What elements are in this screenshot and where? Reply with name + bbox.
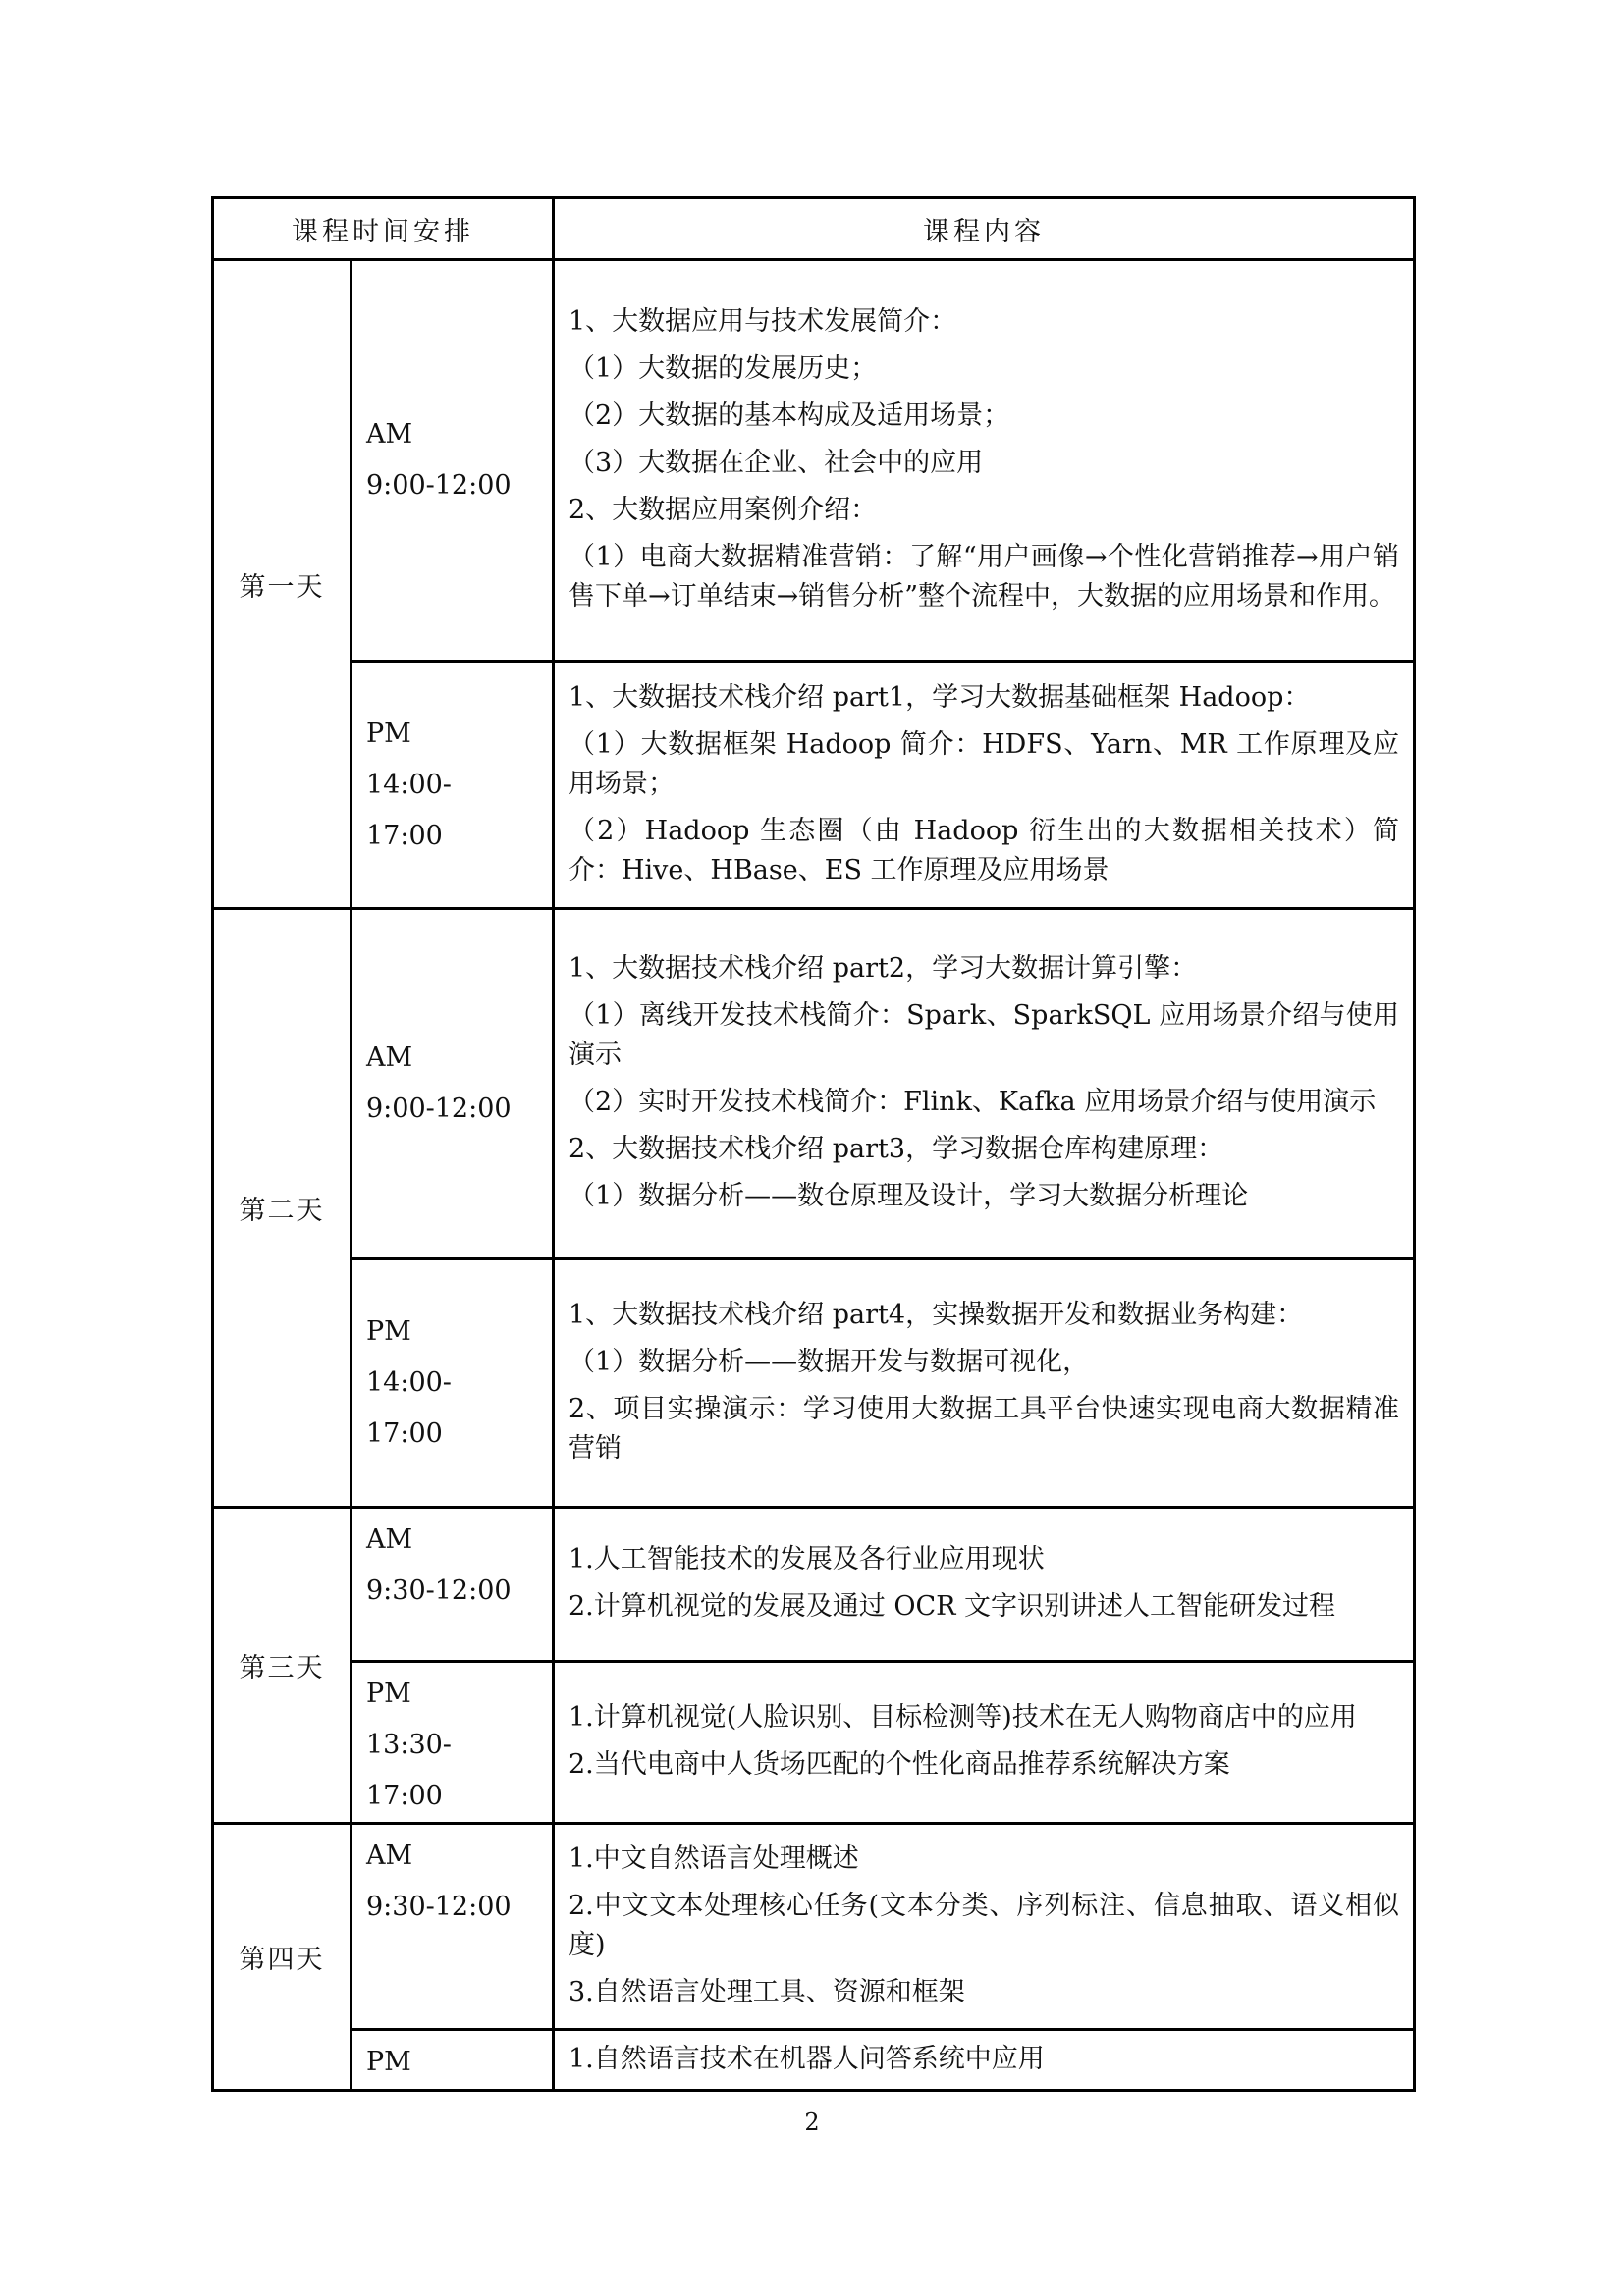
page-number: 2	[0, 2109, 1624, 2136]
session-time-range: 13:30-	[366, 1720, 552, 1771]
session-period: AM	[366, 1831, 552, 1882]
session-time-range: 17:00	[366, 811, 552, 862]
session-period: PM	[366, 709, 552, 760]
session-time: AM 9:00-12:00	[352, 909, 554, 1259]
content-item: （1）大数据的发展历史；	[568, 349, 1399, 389]
content-item: 1、大数据应用与技术发展简介：	[568, 302, 1399, 342]
content-item: （1）大数据框架 Hadoop 简介：HDFS、Yarn、MR 工作原理及应用场…	[568, 725, 1399, 804]
document-page: 课程时间安排 课程内容 第一天 AM 9:00-12:00 1、大数据应用与技术…	[0, 0, 1624, 2296]
content-item: 2.中文文本处理核心任务(文本分类、序列标注、信息抽取、语义相似度)	[568, 1887, 1399, 1965]
day-label: 第二天	[213, 909, 352, 1508]
content-item: 1.人工智能技术的发展及各行业应用现状	[568, 1540, 1399, 1579]
session-time-range: 9:30-12:00	[366, 1566, 552, 1617]
session-content: 1、大数据技术栈介绍 part4，实操数据开发和数据业务构建： （1）数据分析—…	[554, 1259, 1415, 1508]
session-time-range: 17:00	[366, 1771, 552, 1822]
content-item: （2）Hadoop 生态圈（由 Hadoop 衍生出的大数据相关技术）简介：Hi…	[568, 812, 1399, 890]
session-time: PM 14:00- 17:00	[352, 1259, 554, 1508]
table-row: PM 14:00- 17:00 1、大数据技术栈介绍 part4，实操数据开发和…	[213, 1259, 1415, 1508]
content-item: （1）离线开发技术栈简介：Spark、SparkSQL 应用场景介绍与使用演示	[568, 996, 1399, 1075]
content-item: （2）大数据的基本构成及适用场景；	[568, 397, 1399, 436]
session-period: AM	[366, 409, 552, 460]
header-schedule: 课程时间安排	[213, 198, 554, 260]
day-label: 第一天	[213, 260, 352, 909]
session-time: PM	[352, 2030, 554, 2091]
session-time-range: 14:00-	[366, 1358, 552, 1409]
content-item: 1.自然语言技术在机器人问答系统中应用	[568, 2040, 1399, 2079]
content-item: 2.计算机视觉的发展及通过 OCR 文字识别讲述人工智能研发过程	[568, 1587, 1399, 1627]
content-item: 2.当代电商中人货场匹配的个性化商品推荐系统解决方案	[568, 1745, 1399, 1785]
session-content: 1.人工智能技术的发展及各行业应用现状 2.计算机视觉的发展及通过 OCR 文字…	[554, 1508, 1415, 1662]
session-time-range: 9:00-12:00	[366, 1084, 552, 1135]
course-schedule-table: 课程时间安排 课程内容 第一天 AM 9:00-12:00 1、大数据应用与技术…	[211, 196, 1416, 2092]
header-content: 课程内容	[554, 198, 1415, 260]
session-time-range: 14:00-	[366, 760, 552, 811]
content-item: （2）实时开发技术栈简介：Flink、Kafka 应用场景介绍与使用演示	[568, 1083, 1399, 1122]
content-item: 2、大数据应用案例介绍：	[568, 491, 1399, 530]
session-content: 1.中文自然语言处理概述 2.中文文本处理核心任务(文本分类、序列标注、信息抽取…	[554, 1824, 1415, 2030]
session-time: PM 13:30- 17:00	[352, 1662, 554, 1824]
day-label: 第四天	[213, 1824, 352, 2091]
content-item: （1）电商大数据精准营销：了解“用户画像→个性化营销推荐→用户销售下单→订单结束…	[568, 538, 1399, 616]
table-row: PM 1.自然语言技术在机器人问答系统中应用	[213, 2030, 1415, 2091]
session-period: PM	[366, 2037, 552, 2088]
table-row: 第四天 AM 9:30-12:00 1.中文自然语言处理概述 2.中文文本处理核…	[213, 1824, 1415, 2030]
content-item: 1.中文自然语言处理概述	[568, 1840, 1399, 1879]
session-time-range: 9:00-12:00	[366, 460, 552, 511]
session-time-range: 9:30-12:00	[366, 1882, 552, 1933]
content-item: （1）数据分析——数据开发与数据可视化，	[568, 1343, 1399, 1382]
session-period: PM	[366, 1307, 552, 1358]
content-item: 2、项目实操演示：学习使用大数据工具平台快速实现电商大数据精准营销	[568, 1390, 1399, 1468]
table-row: PM 13:30- 17:00 1.计算机视觉(人脸识别、目标检测等)技术在无人…	[213, 1662, 1415, 1824]
content-item: 1、大数据技术栈介绍 part2，学习大数据计算引擎：	[568, 949, 1399, 988]
session-period: AM	[366, 1515, 552, 1566]
session-content: 1.计算机视觉(人脸识别、目标检测等)技术在无人购物商店中的应用 2.当代电商中…	[554, 1662, 1415, 1824]
session-time: PM 14:00- 17:00	[352, 662, 554, 909]
content-item: （1）数据分析——数仓原理及设计，学习大数据分析理论	[568, 1177, 1399, 1216]
content-item: 3.自然语言处理工具、资源和框架	[568, 1973, 1399, 2012]
content-item: （3）大数据在企业、社会中的应用	[568, 444, 1399, 483]
table-row: 第三天 AM 9:30-12:00 1.人工智能技术的发展及各行业应用现状 2.…	[213, 1508, 1415, 1662]
session-time: AM 9:30-12:00	[352, 1824, 554, 2030]
table-row: 第一天 AM 9:00-12:00 1、大数据应用与技术发展简介： （1）大数据…	[213, 260, 1415, 662]
session-time: AM 9:00-12:00	[352, 260, 554, 662]
content-item: 1、大数据技术栈介绍 part1，学习大数据基础框架 Hadoop：	[568, 678, 1399, 718]
session-period: AM	[366, 1033, 552, 1084]
session-time: AM 9:30-12:00	[352, 1508, 554, 1662]
table-row: PM 14:00- 17:00 1、大数据技术栈介绍 part1，学习大数据基础…	[213, 662, 1415, 909]
content-item: 1、大数据技术栈介绍 part4，实操数据开发和数据业务构建：	[568, 1296, 1399, 1335]
session-content: 1、大数据应用与技术发展简介： （1）大数据的发展历史； （2）大数据的基本构成…	[554, 260, 1415, 662]
table-row: 第二天 AM 9:00-12:00 1、大数据技术栈介绍 part2，学习大数据…	[213, 909, 1415, 1259]
table-header-row: 课程时间安排 课程内容	[213, 198, 1415, 260]
session-content: 1、大数据技术栈介绍 part2，学习大数据计算引擎： （1）离线开发技术栈简介…	[554, 909, 1415, 1259]
session-time-range: 17:00	[366, 1409, 552, 1460]
content-item: 2、大数据技术栈介绍 part3，学习数据仓库构建原理：	[568, 1130, 1399, 1169]
session-content: 1、大数据技术栈介绍 part1，学习大数据基础框架 Hadoop： （1）大数…	[554, 662, 1415, 909]
session-content: 1.自然语言技术在机器人问答系统中应用	[554, 2030, 1415, 2091]
day-label: 第三天	[213, 1508, 352, 1824]
session-period: PM	[366, 1669, 552, 1720]
content-item: 1.计算机视觉(人脸识别、目标检测等)技术在无人购物商店中的应用	[568, 1698, 1399, 1737]
